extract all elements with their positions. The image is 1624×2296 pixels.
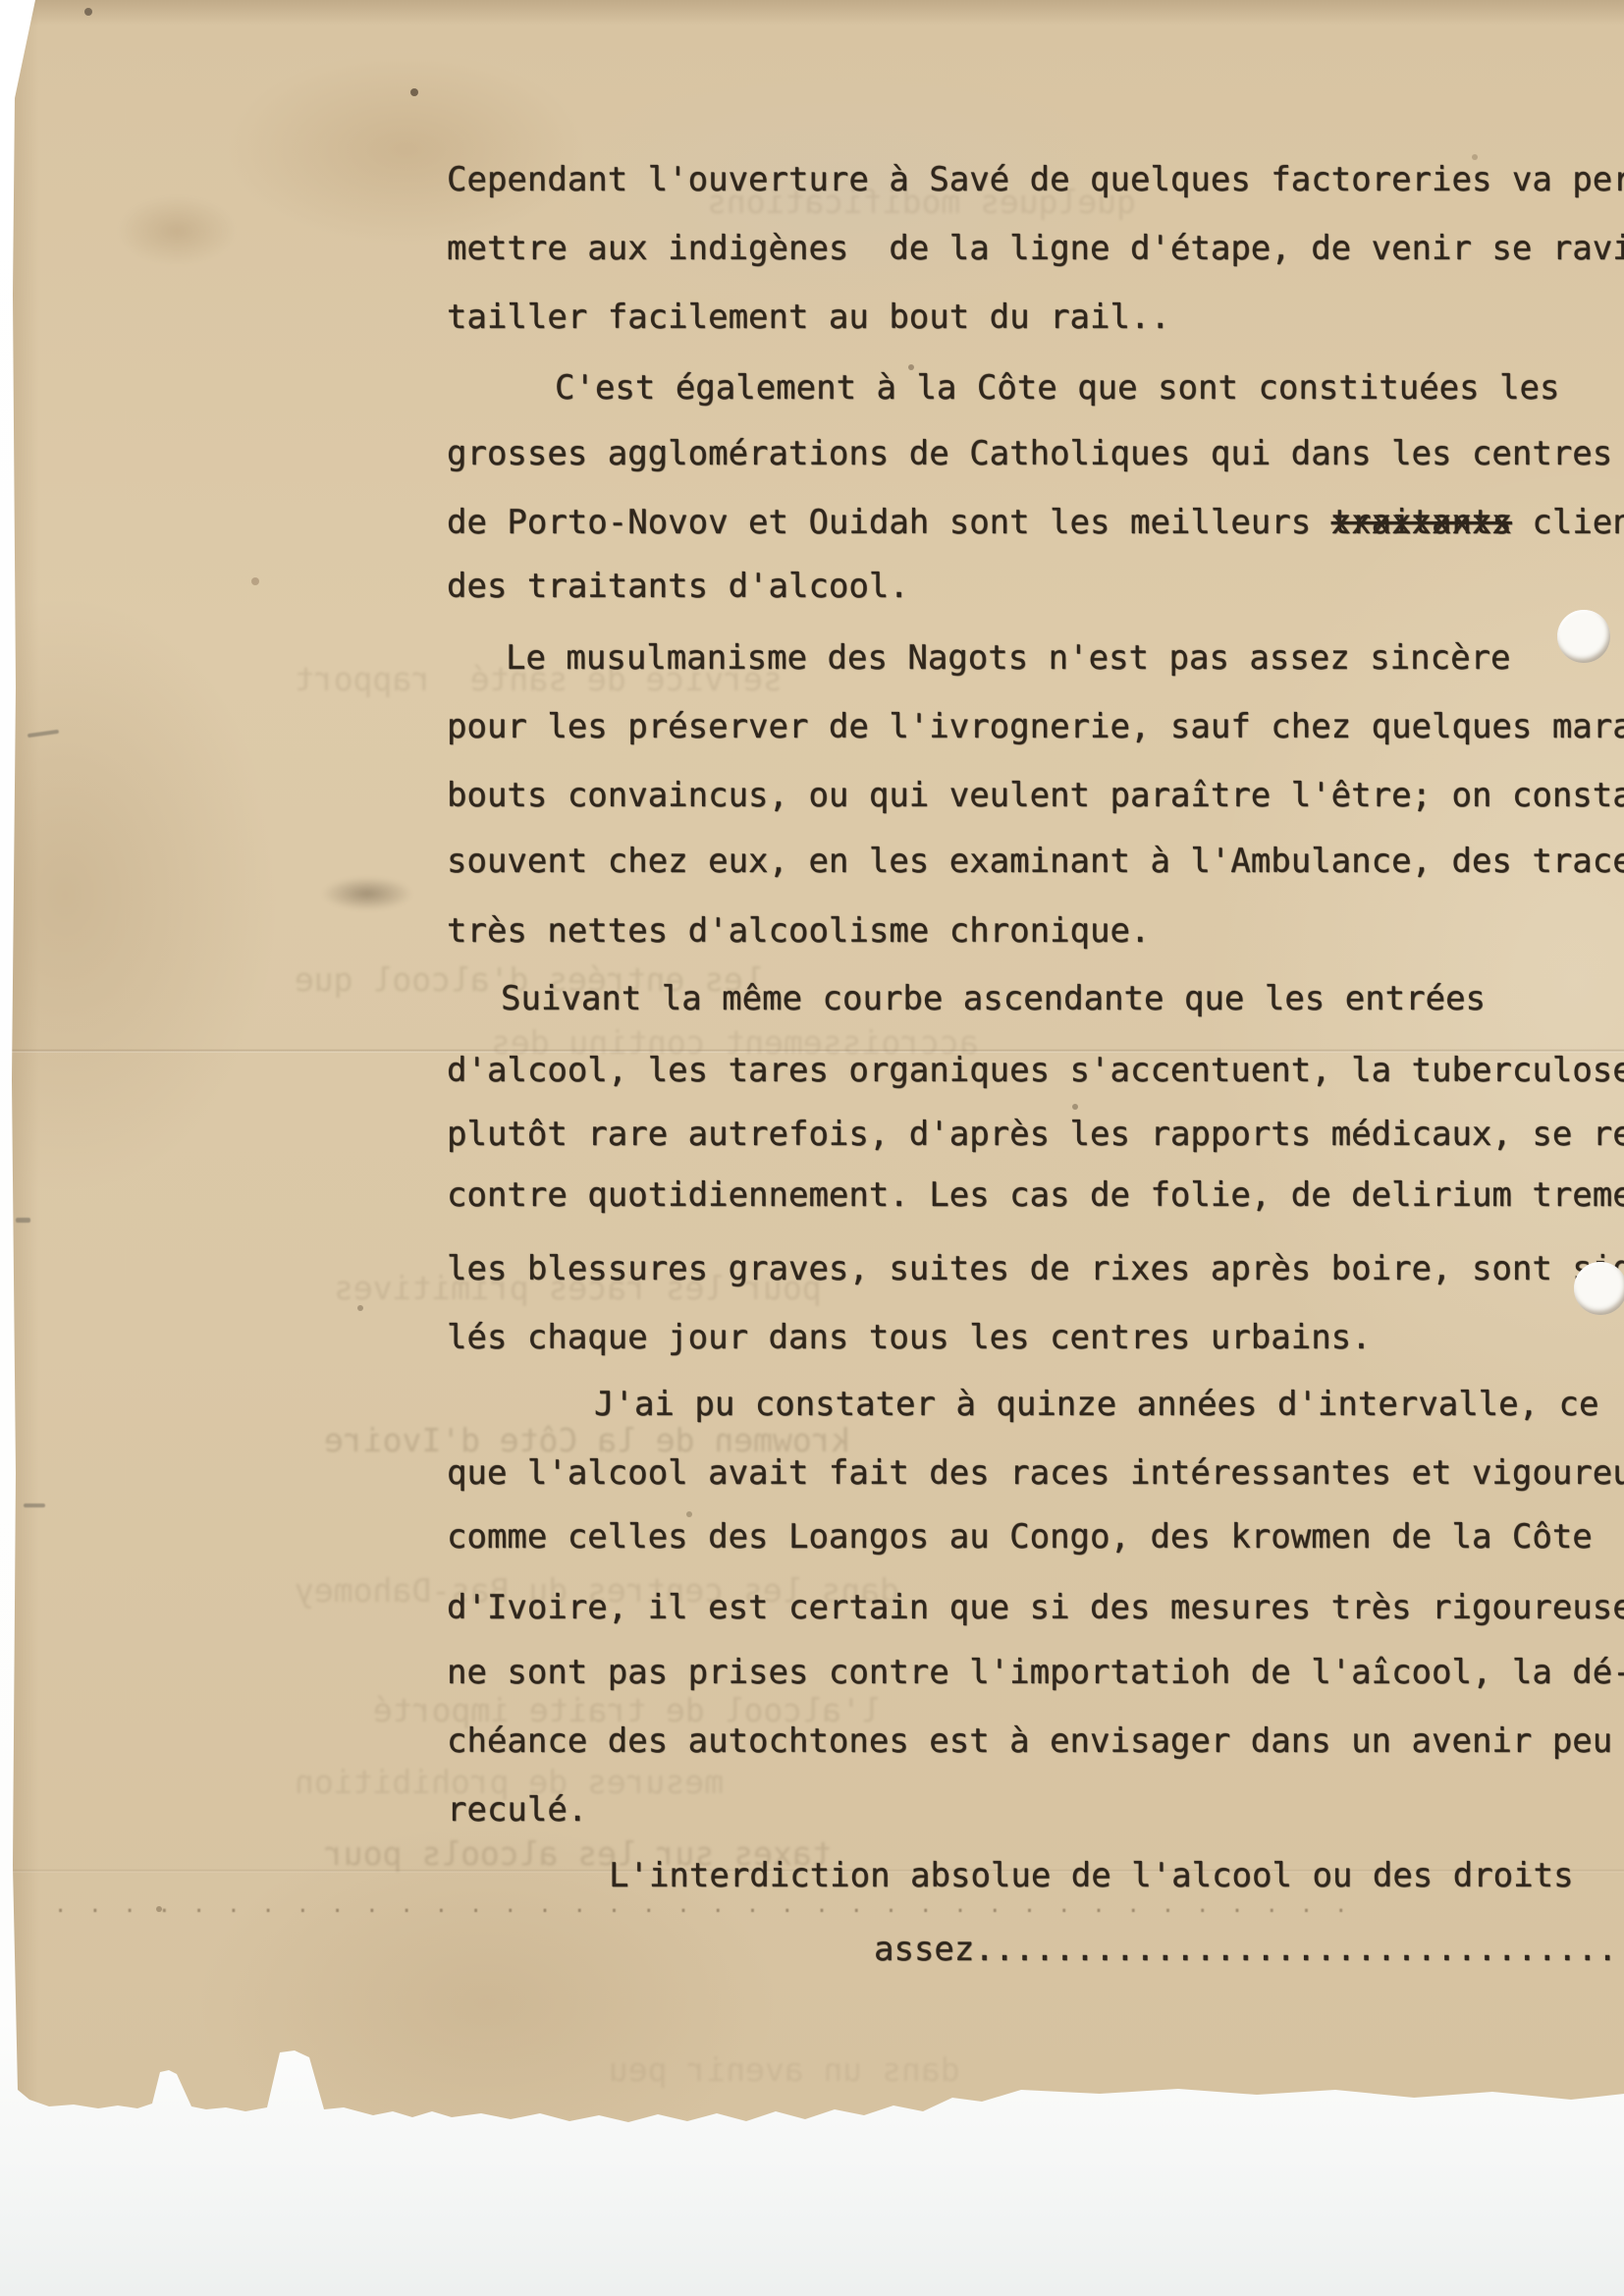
typed-line: comme celles des Loangos au Congo, des k… [447, 1515, 1593, 1558]
punch-hole [1574, 1262, 1624, 1315]
typed-line: très nettes d'alcoolisme chronique. [447, 909, 1150, 953]
typed-line: bouts convaincus, ou qui veulent paraîtr… [447, 774, 1624, 817]
typed-line: pour les préserver de l'ivrognerie, sauf… [447, 705, 1624, 748]
overstruck-word: traitantsxxxxxxxxx [1331, 501, 1512, 544]
typed-line: chéance des autochtones est à envisager … [447, 1720, 1612, 1763]
typed-line: souvent chez eux, en les examinant à l'A… [447, 840, 1624, 883]
pencil-mark [24, 1503, 45, 1507]
line-segment: de Porto-Novov et Ouidah sont les meille… [447, 503, 1331, 542]
typed-line: reculé. [447, 1788, 587, 1831]
paper-sheet: quelques modifications service de santé … [0, 0, 1624, 2131]
typed-line: les blessures graves, suites de rixes ap… [447, 1247, 1624, 1290]
typed-line: Suivant la même courbe ascendante que le… [501, 977, 1486, 1020]
typed-line: J'ai pu constater à quinze années d'inte… [594, 1383, 1599, 1426]
paper-specks [0, 0, 4, 4]
typed-line: des traitants d'alcool. [447, 565, 909, 608]
scanned-document: { "document": { "kind": "typewritten-let… [0, 0, 1624, 2296]
typed-line: ne sont pas prises contre l'importatioh … [447, 1651, 1624, 1694]
typed-line-with-strikeout: de Porto-Novov et Ouidah sont les meille… [447, 501, 1624, 544]
line-segment: clients [1512, 503, 1624, 542]
typed-line: que l'alcool avait fait des races intére… [447, 1451, 1624, 1495]
typed-line: d'alcool, les tares organiques s'accentu… [447, 1049, 1624, 1092]
punch-hole [1557, 610, 1610, 663]
typed-line: tailler facilement au bout du rail.. [447, 296, 1170, 339]
typed-line: Cependant l'ouverture à Savé de quelques… [447, 158, 1624, 201]
typed-line: d'Ivoire, il est certain que si des mesu… [447, 1586, 1624, 1629]
pencil-mark [27, 730, 59, 738]
typed-line: grosses agglomérations de Catholiques qu… [447, 432, 1612, 475]
strikeout-xxx: xxxxxxxxx [1331, 501, 1512, 544]
typed-line: L'interdiction absolue de l'alcool ou de… [609, 1854, 1574, 1897]
typed-line: Le musulmanisme des Nagots n'est pas ass… [506, 636, 1511, 680]
typed-line: plutôt rare autrefois, d'après les rappo… [447, 1113, 1624, 1156]
typed-line: contre quotidiennement. Les cas de folie… [447, 1174, 1624, 1217]
stain [118, 196, 236, 265]
bleedthrough-text: dans un avenir peu [609, 2050, 960, 2089]
ink-smudge [322, 877, 412, 910]
typed-line: mettre aux indigènes de la ligne d'étape… [447, 227, 1624, 270]
typed-line: lés chaque jour dans tous les centres ur… [447, 1316, 1372, 1359]
pencil-mark [16, 1218, 30, 1223]
typed-line: C'est également à la Côte que sont const… [555, 366, 1560, 410]
typed-line: assez.................................. [874, 1928, 1624, 1971]
